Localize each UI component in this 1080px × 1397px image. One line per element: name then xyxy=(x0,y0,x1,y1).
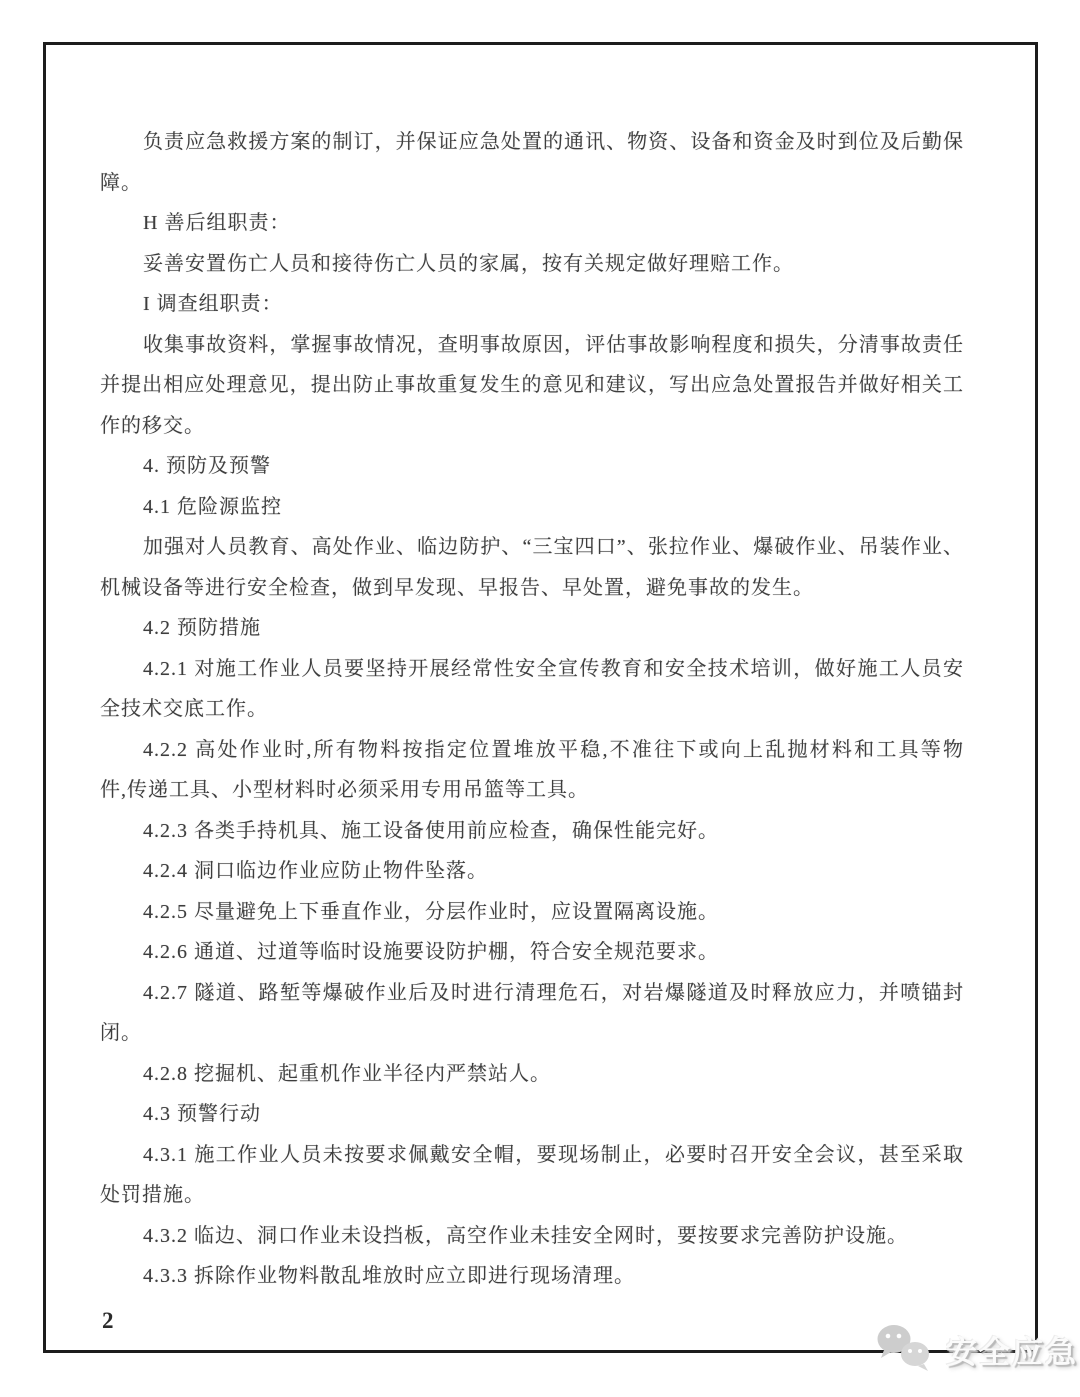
text-line: 4.2.6 通道、过道等临时设施要设防护棚，符合安全规范要求。 xyxy=(100,932,964,973)
text-line: 4.3 预警行动 xyxy=(100,1094,964,1135)
text-line: 4.2.3 各类手持机具、施工设备使用前应检查，确保性能完好。 xyxy=(100,811,964,852)
text-line: 4.1 危险源监控 xyxy=(100,487,964,528)
text-line: 障。 xyxy=(100,163,964,204)
text-line: 4. 预防及预警 xyxy=(100,446,964,487)
text-line: H 善后组职责： xyxy=(100,203,964,244)
scanned-page: 负责应急救援方案的制订，并保证应急处置的通讯、物资、设备和资金及时到位及后勤保障… xyxy=(0,0,1080,1397)
page-number: 2 xyxy=(102,1308,114,1334)
text-line: 4.3.2 临边、洞口作业未设挡板，高空作业未挂安全网时，要按要求完善防护设施。 xyxy=(100,1216,964,1257)
text-line: 4.2.7 隧道、路堑等爆破作业后及时进行清理危石，对岩爆隧道及时释放应力，并喷… xyxy=(100,973,964,1014)
text-line: 作的移交。 xyxy=(100,406,964,447)
text-line: 处罚措施。 xyxy=(100,1175,964,1216)
text-line: 闭。 xyxy=(100,1013,964,1054)
wechat-icon xyxy=(876,1323,934,1375)
text-line: 加强对人员教育、高处作业、临边防护、“三宝四口”、张拉作业、爆破作业、吊装作业、 xyxy=(100,527,964,568)
text-line: 并提出相应处理意见，提出防止事故重复发生的意见和建议，写出应急处置报告并做好相关… xyxy=(100,365,964,406)
text-line: 4.2.2 高处作业时,所有物料按指定位置堆放平稳,不准往下或向上乱抛材料和工具… xyxy=(100,730,964,771)
text-line: 全技术交底工作。 xyxy=(100,689,964,730)
text-line: 机械设备等进行安全检查，做到早发现、早报告、早处置，避免事故的发生。 xyxy=(100,568,964,609)
text-line: 4.3.1 施工作业人员未按要求佩戴安全帽，要现场制止，必要时召开安全会议，甚至… xyxy=(100,1135,964,1176)
watermark-label: 安全应急 xyxy=(946,1327,1078,1372)
text-line: 负责应急救援方案的制订，并保证应急处置的通讯、物资、设备和资金及时到位及后勤保 xyxy=(100,122,964,163)
text-line: 4.2.8 挖掘机、起重机作业半径内严禁站人。 xyxy=(100,1054,964,1095)
text-line: 4.2.5 尽量避免上下垂直作业，分层作业时，应设置隔离设施。 xyxy=(100,892,964,933)
watermark: 安全应急 xyxy=(876,1318,1078,1380)
text-line: 4.2.1 对施工作业人员要坚持开展经常性安全宣传教育和安全技术培训，做好施工人… xyxy=(100,649,964,690)
text-line: 妥善安置伤亡人员和接待伤亡人员的家属，按有关规定做好理赔工作。 xyxy=(100,244,964,285)
text-line: 4.3.3 拆除作业物料散乱堆放时应立即进行现场清理。 xyxy=(100,1256,964,1297)
text-line: 收集事故资料，掌握事故情况，查明事故原因，评估事故影响程度和损失，分清事故责任 xyxy=(100,325,964,366)
text-line: I 调查组职责： xyxy=(100,284,964,325)
document-text: 负责应急救援方案的制订，并保证应急处置的通讯、物资、设备和资金及时到位及后勤保障… xyxy=(100,122,964,1297)
text-line: 4.2 预防措施 xyxy=(100,608,964,649)
text-line: 4.2.4 洞口临边作业应防止物件坠落。 xyxy=(100,851,964,892)
text-line: 件,传递工具、小型材料时必须采用专用吊篮等工具。 xyxy=(100,770,964,811)
